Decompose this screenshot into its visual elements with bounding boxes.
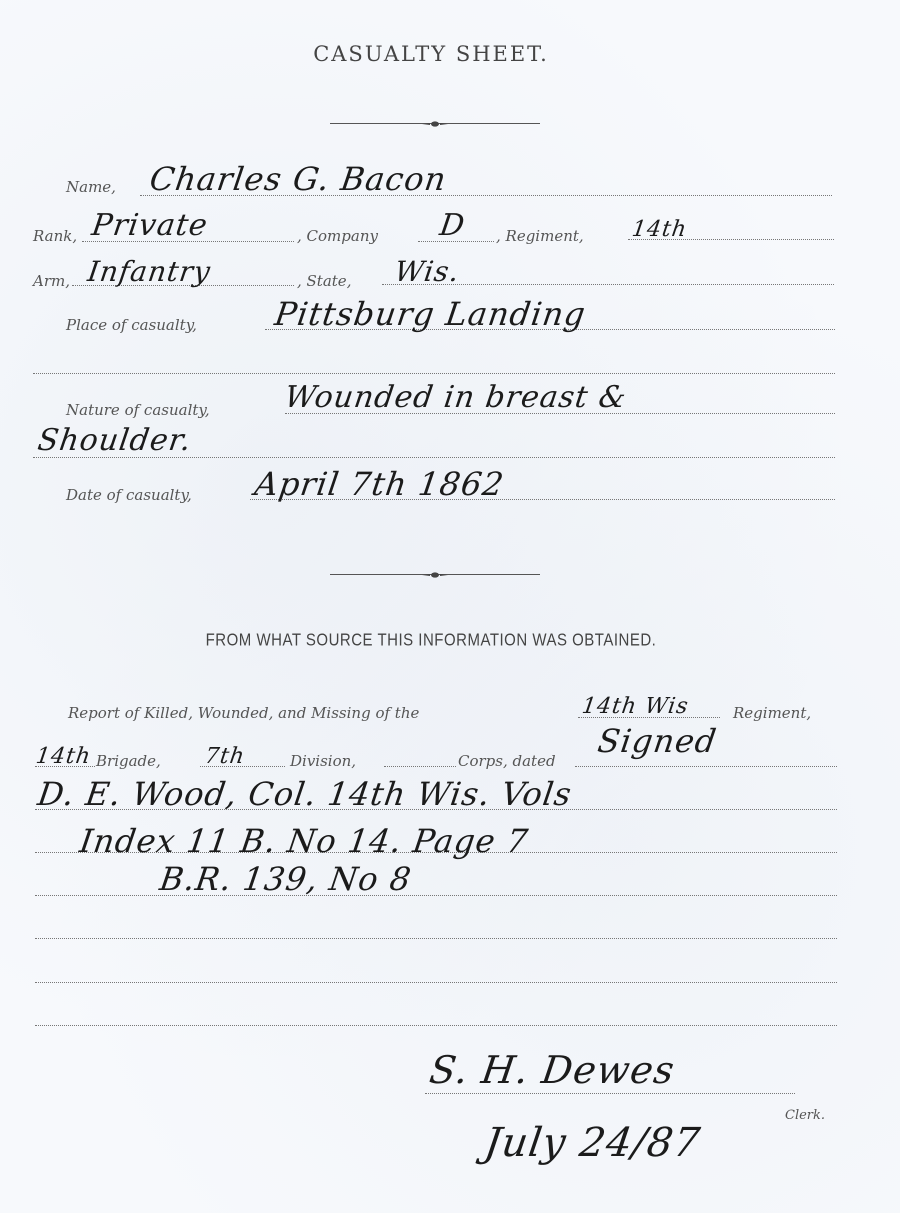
- report-label: Report of Killed, Wounded, and Missing o…: [68, 704, 419, 722]
- source-line-2[interactable]: Index 11 B. No 14. Page 7: [77, 822, 531, 860]
- date-value[interactable]: April 7th 1862: [252, 465, 506, 503]
- regiment-value[interactable]: 14th: [630, 217, 689, 242]
- nature-value-line1[interactable]: Wounded in breast &: [283, 380, 629, 415]
- document-title: CASUALTY SHEET.: [0, 42, 862, 66]
- corps-line: [384, 766, 456, 767]
- source-line-1[interactable]: D. E. Wood, Col. 14th Wis. Vols: [35, 775, 574, 813]
- casualty-sheet-page: CASUALTY SHEET. Name, Charles G. Bacon R…: [0, 0, 900, 1213]
- ornament-divider-top: [330, 121, 540, 127]
- division-label: Division,: [290, 752, 356, 770]
- state-value[interactable]: Wis.: [393, 255, 462, 288]
- source-rule-5: [35, 982, 837, 983]
- division-value[interactable]: 7th: [203, 744, 247, 769]
- nature-label: Nature of casualty,: [66, 401, 210, 419]
- rank-value[interactable]: Private: [90, 208, 211, 243]
- nature-value-line2[interactable]: Shoulder.: [36, 423, 194, 458]
- corps-label: Corps, dated: [458, 752, 556, 770]
- source-heading: FROM WHAT SOURCE THIS INFORMATION WAS OB…: [0, 631, 862, 651]
- clerk-signature[interactable]: S. H. Dewes: [427, 1048, 678, 1092]
- source-rule-4: [35, 938, 837, 939]
- brigade-label: Brigade,: [96, 752, 161, 770]
- place-label: Place of casualty,: [66, 316, 197, 334]
- ornament-divider-middle: [330, 572, 540, 578]
- regiment-word-label: Regiment,: [733, 704, 811, 722]
- report-regiment-value[interactable]: 14th Wis: [580, 694, 690, 719]
- company-label: , Company: [297, 227, 378, 245]
- arm-value[interactable]: Infantry: [86, 255, 213, 288]
- arm-label: Arm,: [33, 272, 70, 290]
- date-label: Date of casualty,: [66, 486, 192, 504]
- name-label: Name,: [66, 178, 116, 196]
- place-value[interactable]: Pittsburg Landing: [272, 295, 588, 333]
- name-value[interactable]: Charles G. Bacon: [147, 160, 449, 198]
- state-label: , State,: [297, 272, 351, 290]
- source-line-0[interactable]: Signed: [595, 722, 719, 760]
- source-rule-6: [35, 1025, 837, 1026]
- clerk-signature-line: [425, 1093, 795, 1094]
- place-line-2: [33, 373, 835, 374]
- clerk-label: Clerk.: [785, 1108, 825, 1123]
- regiment-label: , Regiment,: [496, 227, 584, 245]
- source-line-3[interactable]: B.R. 139, No 8: [157, 860, 414, 898]
- dated-line: [575, 766, 837, 767]
- rank-label: Rank,: [33, 227, 77, 245]
- brigade-value[interactable]: 14th: [34, 744, 93, 769]
- ornament-knot-icon: [422, 572, 448, 578]
- company-value[interactable]: D: [438, 208, 468, 243]
- ornament-knot-icon: [422, 121, 448, 127]
- signature-date[interactable]: July 24/87: [482, 1120, 704, 1166]
- source-rule-3: [35, 895, 837, 896]
